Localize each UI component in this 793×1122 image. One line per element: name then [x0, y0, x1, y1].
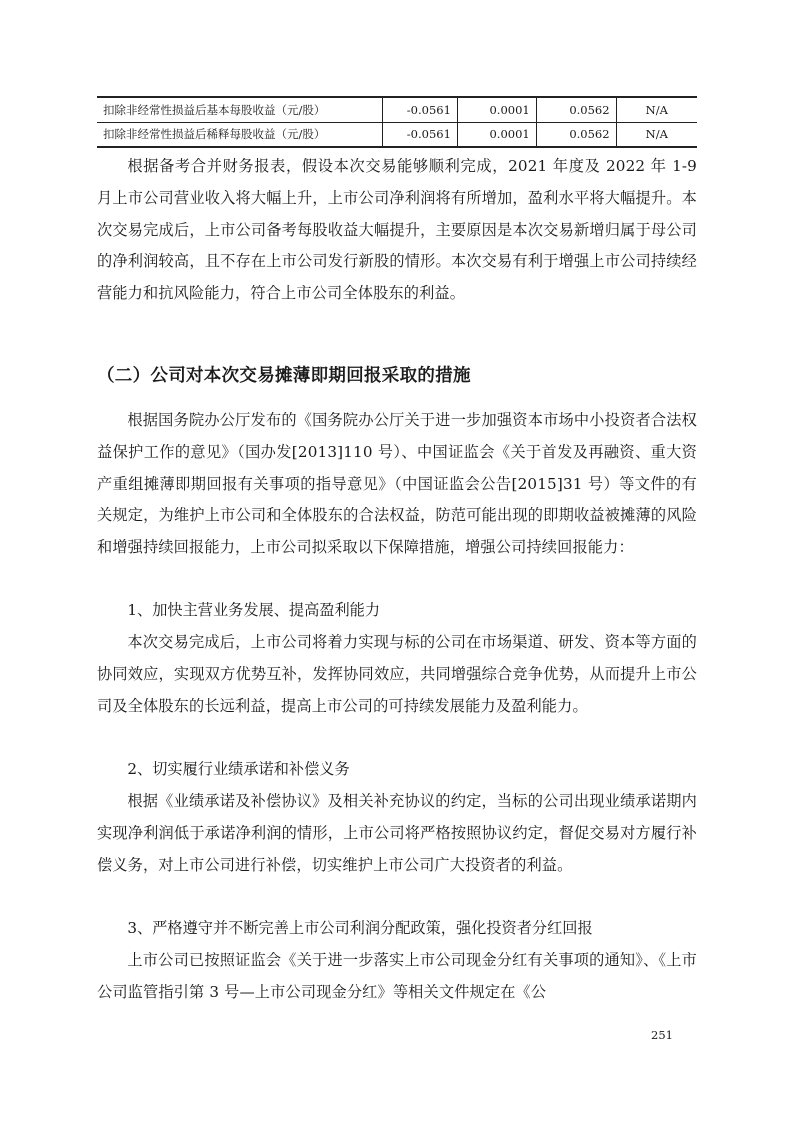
document-page: 扣除非经常性损益后基本每股收益（元/股） -0.0561 0.0001 0.05… — [0, 0, 793, 1122]
paragraph-measure-2: 根据《业绩承诺及补偿协议》及相关补充协议的约定，当标的公司出现业绩承诺期内实现净… — [97, 786, 697, 881]
table-cell: 0.0001 — [457, 97, 536, 122]
table-row: 扣除非经常性损益后基本每股收益（元/股） -0.0561 0.0001 0.05… — [97, 97, 697, 122]
table-cell: 0.0562 — [536, 122, 616, 147]
eps-table: 扣除非经常性损益后基本每股收益（元/股） -0.0561 0.0001 0.05… — [97, 96, 697, 148]
measure-heading-1: 1、加快主营业务发展、提高盈利能力 — [97, 595, 697, 627]
row-label: 扣除非经常性损益后稀释每股收益（元/股） — [97, 122, 383, 147]
table-cell: -0.0561 — [383, 97, 458, 122]
paragraph-regulatory-basis: 根据国务院办公厅发布的《国务院办公厅关于进一步加强资本市场中小投资者合法权益保护… — [97, 405, 697, 564]
table-cell: -0.0561 — [383, 122, 458, 147]
table-cell: 0.0562 — [536, 97, 616, 122]
paragraph-pro-forma-analysis: 根据备考合并财务报表，假设本次交易能够顺利完成，2021 年度及 2022 年 … — [97, 151, 697, 310]
paragraph-measure-3: 上市公司已按照证监会《关于进一步落实上市公司现金分红有关事项的通知》、《上市公司… — [97, 945, 697, 1009]
measure-heading-3: 3、严格遵守并不断完善上市公司利润分配政策，强化投资者分红回报 — [97, 913, 697, 945]
row-label: 扣除非经常性损益后基本每股收益（元/股） — [97, 97, 383, 122]
section-heading: （二）公司对本次交易摊薄即期回报采取的措施 — [97, 362, 471, 387]
table-cell: 0.0001 — [457, 122, 536, 147]
paragraph-measure-1: 本次交易完成后，上市公司将着力实现与标的公司在市场渠道、研发、资本等方面的协同效… — [97, 627, 697, 722]
page-number: 251 — [651, 1028, 673, 1042]
table-row: 扣除非经常性损益后稀释每股收益（元/股） -0.0561 0.0001 0.05… — [97, 122, 697, 147]
measure-heading-2: 2、切实履行业绩承诺和补偿义务 — [97, 754, 697, 786]
table-cell: N/A — [616, 122, 697, 147]
table-cell: N/A — [616, 97, 697, 122]
